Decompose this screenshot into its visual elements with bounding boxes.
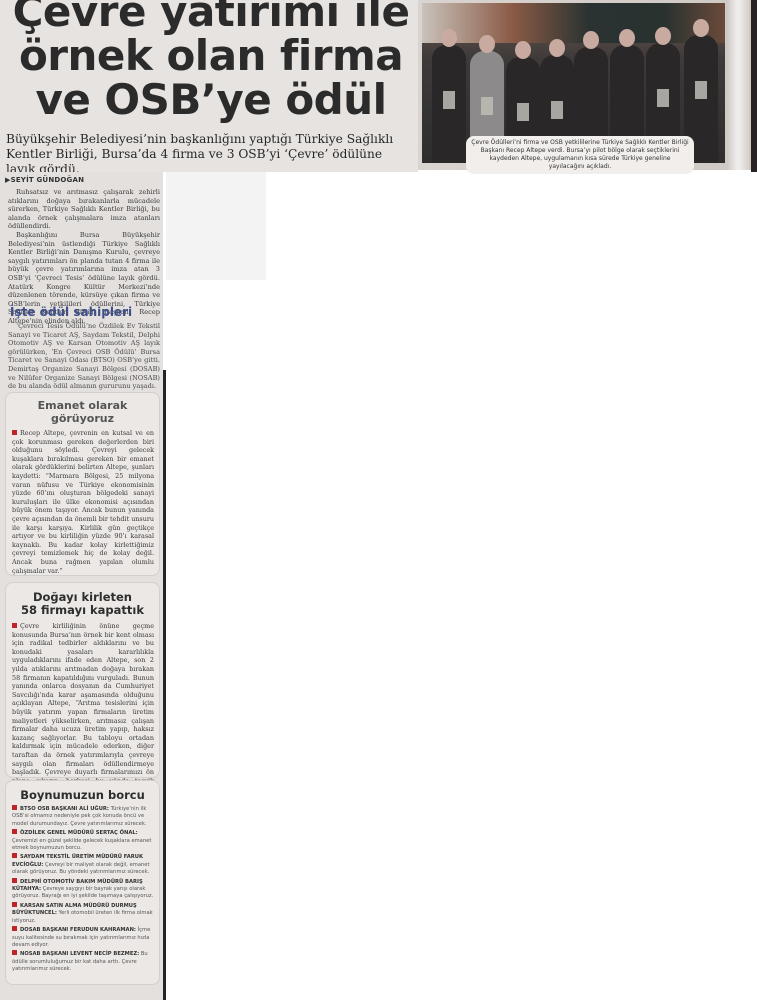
box-title: Boynumuzun borcu <box>6 788 159 802</box>
subheadline: Büyükşehir Belediyesi’nin başkanlığını y… <box>6 132 414 177</box>
quote-item: BTSO OSB BAŞKANI ALİ UĞUR: Türkiye’nin i… <box>12 805 154 828</box>
red-square-bullet-icon <box>12 805 17 810</box>
box-text: Çevre kirliliğinin önüne geçme konusunda… <box>6 617 159 794</box>
quote-speaker: NOSAB BAŞKANI LEVENT NECİP BEZMEZ: <box>20 951 139 957</box>
intro-paragraph: Ruhsatsız ve arıtmasız çalışarak zehirli… <box>8 188 160 231</box>
sidebar-box-emanet: Emanet olarak görüyoruz Recep Altepe, çe… <box>5 392 160 576</box>
red-square-bullet-icon <box>12 950 17 955</box>
box-text-content: Recep Altepe, çevrenin en kutsal ve en ç… <box>12 429 154 575</box>
sidebar-box-dogayi: Doğayı kirleten 58 firmayı kapattık Çevr… <box>5 582 160 778</box>
page-edge <box>163 370 166 1000</box>
article-header: Çevre yatırımı ile örnek olan firma ve O… <box>0 0 418 172</box>
award-ceremony-photo: Çevre Ödülleri’ni firma ve OSB yetkilile… <box>418 0 757 170</box>
person-figure <box>432 45 466 163</box>
box-title-line: Emanet olarak <box>38 399 128 412</box>
red-square-bullet-icon <box>12 902 17 907</box>
blank-scan-area <box>166 172 266 280</box>
quote-item: NOSAB BAŞKANI LEVENT NECİP BEZMEZ: Bu öd… <box>12 950 154 973</box>
box-title-line: 58 firmayı kapattık <box>21 603 144 617</box>
red-square-bullet-icon <box>12 853 17 858</box>
red-square-bullet-icon <box>12 829 17 834</box>
box-text: Recep Altepe, çevrenin en kutsal ve en ç… <box>6 425 159 575</box>
headline: Çevre yatırımı ile örnek olan firma ve O… <box>4 0 418 122</box>
headline-line: ve OSB’ye ödül <box>4 78 418 122</box>
quote-text: Çevremizi en güzel şekilde gelecek kuşak… <box>12 838 151 851</box>
page-edge <box>751 0 757 172</box>
red-square-bullet-icon <box>12 926 17 931</box>
quote-list: BTSO OSB BAŞKANI ALİ UĞUR: Türkiye’nin i… <box>6 802 159 974</box>
red-square-bullet-icon <box>12 430 17 435</box>
quote-item: DOSAB BAŞKANI FERUDUN KAHRAMAN: İçme suy… <box>12 926 154 949</box>
quote-item: KARSAN SATIN ALMA MÜDÜRÜ DURMUŞ BÜYÜKTUN… <box>12 902 154 925</box>
winners-heading: İşte ödül sahipleri <box>10 305 132 319</box>
sidebar-box-borcu: Boynumuzun borcu BTSO OSB BAŞKANI ALİ UĞ… <box>5 780 160 985</box>
winners-text: ‘Çevreci Tesis Ödülü’ne Özdilek Ev Tekst… <box>8 322 160 391</box>
box-title: Doğayı kirleten 58 firmayı kapattık <box>6 591 159 617</box>
quote-speaker: DOSAB BAŞKANI FERUDUN KAHRAMAN: <box>20 927 136 933</box>
photo-caption: Çevre Ödülleri’ni firma ve OSB yetkilile… <box>466 136 694 174</box>
quote-item: DELPHİ OTOMOTİV BAKIM MÜDÜRÜ BARIŞ KÜTAH… <box>12 878 154 901</box>
headline-line: örnek olan firma <box>4 34 418 78</box>
box-title: Emanet olarak görüyoruz <box>6 399 159 425</box>
byline: ▶SEYİT GÜNDOĞAN <box>5 176 84 184</box>
box-title-line: Doğayı kirleten <box>33 590 132 604</box>
quote-item: ÖZDİLEK GENEL MÜDÜRÜ SERTAÇ ÖNAL: Çevrem… <box>12 829 154 852</box>
red-square-bullet-icon <box>12 878 17 883</box>
headline-line: Çevre yatırımı ile <box>4 0 418 34</box>
quote-item: SAYDAM TEKSTİL ÜRETİM MÜDÜRÜ FARUK EVCİO… <box>12 853 154 876</box>
photo-backdrop <box>422 3 725 43</box>
box-text-content: Çevre kirliliğinin önüne geçme konusunda… <box>12 622 154 793</box>
red-square-bullet-icon <box>12 623 17 628</box>
quote-speaker: BTSO OSB BAŞKANI ALİ UĞUR: <box>20 806 109 812</box>
page-fold-shadow <box>727 0 749 170</box>
box-title-line: görüyoruz <box>51 412 114 425</box>
article-column: ▶SEYİT GÜNDOĞAN Ruhsatsız ve arıtmasız ç… <box>0 172 163 1000</box>
quote-speaker: ÖZDİLEK GENEL MÜDÜRÜ SERTAÇ ÖNAL: <box>20 830 138 836</box>
